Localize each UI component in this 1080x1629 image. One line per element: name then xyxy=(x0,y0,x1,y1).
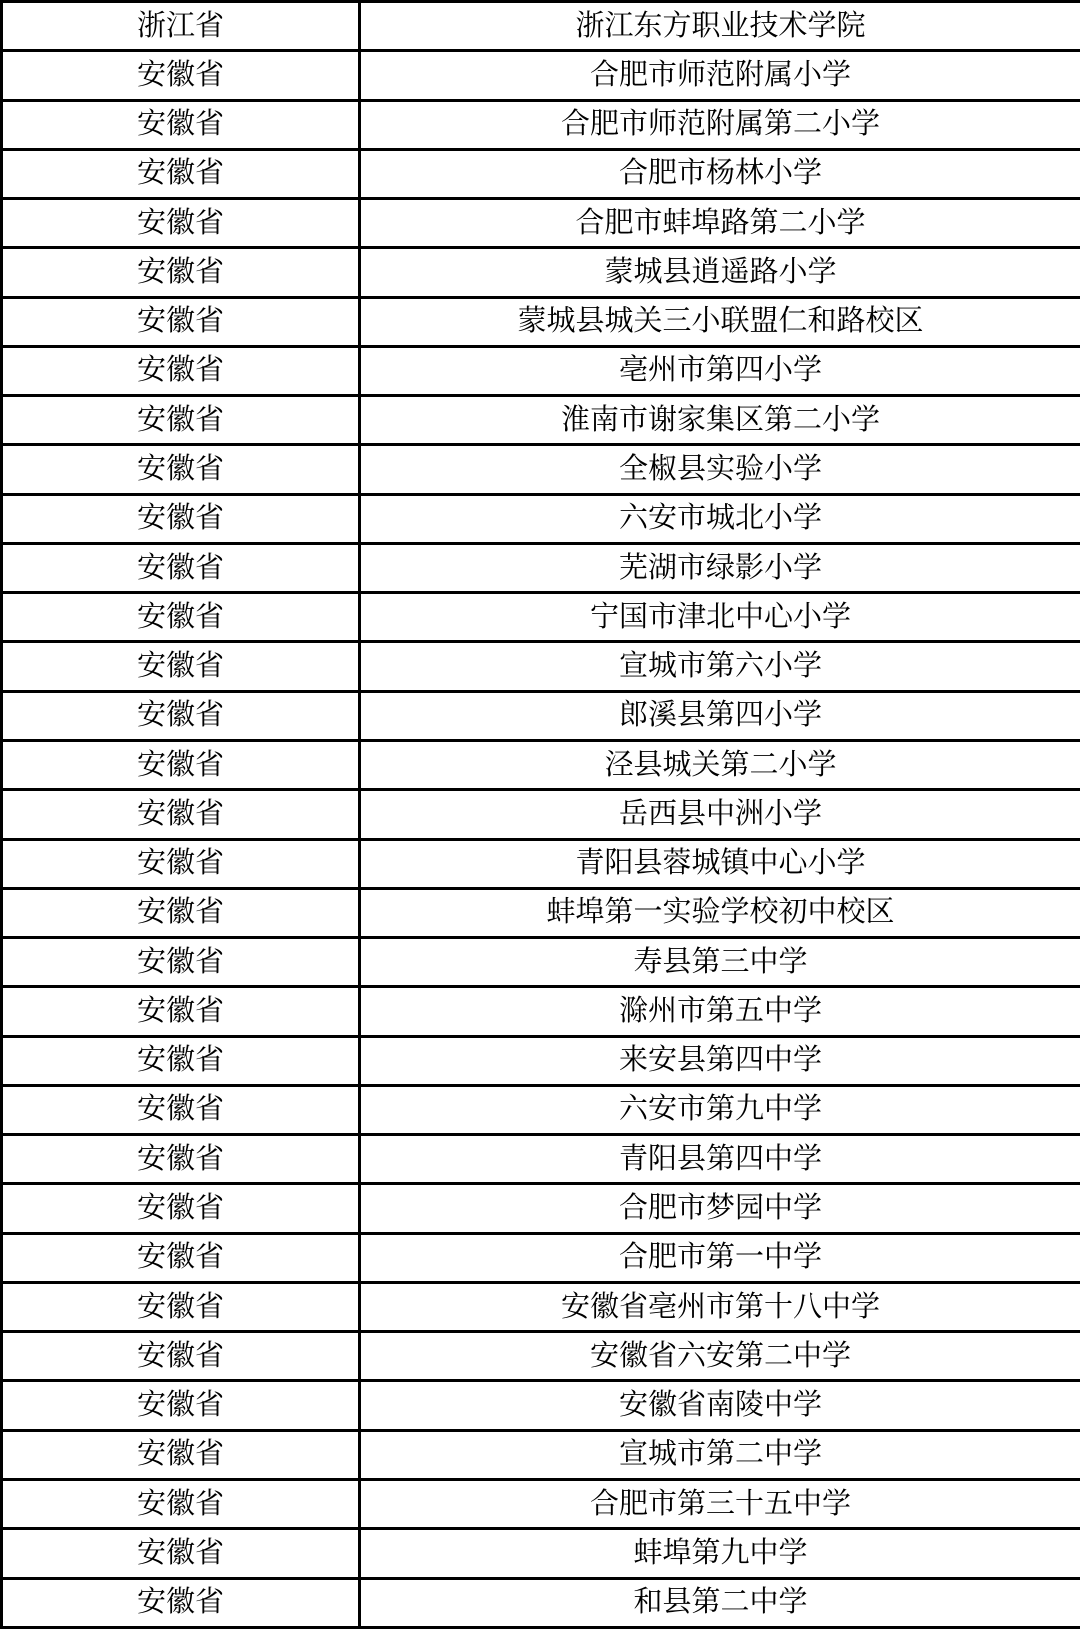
table-row: 安徽省来安县第四中学 xyxy=(2,1036,1080,1085)
table-row: 安徽省六安市城北小学 xyxy=(2,494,1080,543)
school-cell: 全椒县实验小学 xyxy=(360,445,1080,494)
table-row: 安徽省合肥市师范附属第二小学 xyxy=(2,100,1080,149)
province-cell: 安徽省 xyxy=(2,1036,360,1085)
province-cell: 安徽省 xyxy=(2,396,360,445)
school-cell: 宁国市津北中心小学 xyxy=(360,593,1080,642)
school-cell: 芜湖市绿影小学 xyxy=(360,543,1080,592)
province-cell: 安徽省 xyxy=(2,1184,360,1233)
province-cell: 安徽省 xyxy=(2,100,360,149)
table-row: 安徽省岳西县中洲小学 xyxy=(2,790,1080,839)
province-cell: 安徽省 xyxy=(2,346,360,395)
school-cell: 合肥市师范附属小学 xyxy=(360,51,1080,100)
school-cell: 安徽省亳州市第十八中学 xyxy=(360,1282,1080,1331)
table-row: 安徽省寿县第三中学 xyxy=(2,938,1080,987)
school-cell: 蒙城县逍遥路小学 xyxy=(360,248,1080,297)
province-cell: 安徽省 xyxy=(2,149,360,198)
province-cell: 安徽省 xyxy=(2,740,360,789)
school-cell: 蚌埠第一实验学校初中校区 xyxy=(360,888,1080,937)
province-cell: 安徽省 xyxy=(2,1332,360,1381)
school-cell: 宣城市第二中学 xyxy=(360,1430,1080,1479)
province-cell: 安徽省 xyxy=(2,445,360,494)
province-cell: 安徽省 xyxy=(2,1233,360,1282)
school-cell: 安徽省南陵中学 xyxy=(360,1381,1080,1430)
province-cell: 安徽省 xyxy=(2,1282,360,1331)
table-row: 浙江省浙江东方职业技术学院 xyxy=(2,2,1080,51)
province-cell: 安徽省 xyxy=(2,1085,360,1134)
province-cell: 安徽省 xyxy=(2,494,360,543)
province-cell: 安徽省 xyxy=(2,790,360,839)
table-row: 安徽省亳州市第四小学 xyxy=(2,346,1080,395)
school-cell: 亳州市第四小学 xyxy=(360,346,1080,395)
school-cell: 安徽省六安第二中学 xyxy=(360,1332,1080,1381)
school-cell: 六安市城北小学 xyxy=(360,494,1080,543)
table-row: 安徽省蚌埠第九中学 xyxy=(2,1529,1080,1578)
school-cell: 青阳县第四中学 xyxy=(360,1135,1080,1184)
province-cell: 安徽省 xyxy=(2,1135,360,1184)
school-cell: 合肥市第三十五中学 xyxy=(360,1479,1080,1528)
school-cell: 泾县城关第二小学 xyxy=(360,740,1080,789)
province-cell: 安徽省 xyxy=(2,642,360,691)
table-row: 安徽省淮南市谢家集区第二小学 xyxy=(2,396,1080,445)
province-cell: 安徽省 xyxy=(2,593,360,642)
table-row: 安徽省蚌埠第一实验学校初中校区 xyxy=(2,888,1080,937)
province-cell: 安徽省 xyxy=(2,1381,360,1430)
school-cell: 淮南市谢家集区第二小学 xyxy=(360,396,1080,445)
province-cell: 安徽省 xyxy=(2,543,360,592)
province-cell: 安徽省 xyxy=(2,1529,360,1578)
school-cell: 浙江东方职业技术学院 xyxy=(360,2,1080,51)
school-table-body: 浙江省浙江东方职业技术学院安徽省合肥市师范附属小学安徽省合肥市师范附属第二小学安… xyxy=(2,2,1080,1628)
table-row: 安徽省安徽省六安第二中学 xyxy=(2,1332,1080,1381)
table-row: 安徽省滁州市第五中学 xyxy=(2,987,1080,1036)
school-cell: 岳西县中洲小学 xyxy=(360,790,1080,839)
province-cell: 安徽省 xyxy=(2,1479,360,1528)
school-cell: 宣城市第六小学 xyxy=(360,642,1080,691)
school-cell: 合肥市杨林小学 xyxy=(360,149,1080,198)
table-row: 安徽省合肥市师范附属小学 xyxy=(2,51,1080,100)
table-row: 安徽省全椒县实验小学 xyxy=(2,445,1080,494)
table-row: 安徽省宁国市津北中心小学 xyxy=(2,593,1080,642)
table-row: 安徽省蒙城县城关三小联盟仁和路校区 xyxy=(2,297,1080,346)
school-table: 浙江省浙江东方职业技术学院安徽省合肥市师范附属小学安徽省合肥市师范附属第二小学安… xyxy=(0,0,1080,1629)
school-cell: 郎溪县第四小学 xyxy=(360,691,1080,740)
province-cell: 安徽省 xyxy=(2,51,360,100)
table-row: 安徽省合肥市第一中学 xyxy=(2,1233,1080,1282)
table-row: 安徽省泾县城关第二小学 xyxy=(2,740,1080,789)
page: 浙江省浙江东方职业技术学院安徽省合肥市师范附属小学安徽省合肥市师范附属第二小学安… xyxy=(0,0,1080,1629)
table-row: 安徽省合肥市杨林小学 xyxy=(2,149,1080,198)
province-cell: 安徽省 xyxy=(2,839,360,888)
province-cell: 安徽省 xyxy=(2,199,360,248)
province-cell: 安徽省 xyxy=(2,987,360,1036)
table-row: 安徽省青阳县蓉城镇中心小学 xyxy=(2,839,1080,888)
table-row: 安徽省安徽省亳州市第十八中学 xyxy=(2,1282,1080,1331)
province-cell: 安徽省 xyxy=(2,297,360,346)
table-row: 安徽省宣城市第六小学 xyxy=(2,642,1080,691)
province-cell: 安徽省 xyxy=(2,691,360,740)
table-row: 安徽省合肥市梦园中学 xyxy=(2,1184,1080,1233)
table-row: 安徽省安徽省南陵中学 xyxy=(2,1381,1080,1430)
province-cell: 浙江省 xyxy=(2,2,360,51)
province-cell: 安徽省 xyxy=(2,1578,360,1628)
table-row: 安徽省郎溪县第四小学 xyxy=(2,691,1080,740)
school-cell: 青阳县蓉城镇中心小学 xyxy=(360,839,1080,888)
school-cell: 和县第二中学 xyxy=(360,1578,1080,1628)
school-cell: 寿县第三中学 xyxy=(360,938,1080,987)
table-row: 安徽省蒙城县逍遥路小学 xyxy=(2,248,1080,297)
table-row: 安徽省合肥市第三十五中学 xyxy=(2,1479,1080,1528)
school-cell: 滁州市第五中学 xyxy=(360,987,1080,1036)
school-cell: 合肥市梦园中学 xyxy=(360,1184,1080,1233)
table-row: 安徽省六安市第九中学 xyxy=(2,1085,1080,1134)
table-row: 安徽省和县第二中学 xyxy=(2,1578,1080,1628)
school-cell: 合肥市师范附属第二小学 xyxy=(360,100,1080,149)
school-cell: 合肥市蚌埠路第二小学 xyxy=(360,199,1080,248)
school-cell: 蚌埠第九中学 xyxy=(360,1529,1080,1578)
province-cell: 安徽省 xyxy=(2,1430,360,1479)
province-cell: 安徽省 xyxy=(2,888,360,937)
table-row: 安徽省合肥市蚌埠路第二小学 xyxy=(2,199,1080,248)
province-cell: 安徽省 xyxy=(2,248,360,297)
school-cell: 六安市第九中学 xyxy=(360,1085,1080,1134)
table-row: 安徽省青阳县第四中学 xyxy=(2,1135,1080,1184)
school-cell: 蒙城县城关三小联盟仁和路校区 xyxy=(360,297,1080,346)
province-cell: 安徽省 xyxy=(2,938,360,987)
table-row: 安徽省宣城市第二中学 xyxy=(2,1430,1080,1479)
school-cell: 来安县第四中学 xyxy=(360,1036,1080,1085)
school-cell: 合肥市第一中学 xyxy=(360,1233,1080,1282)
table-row: 安徽省芜湖市绿影小学 xyxy=(2,543,1080,592)
